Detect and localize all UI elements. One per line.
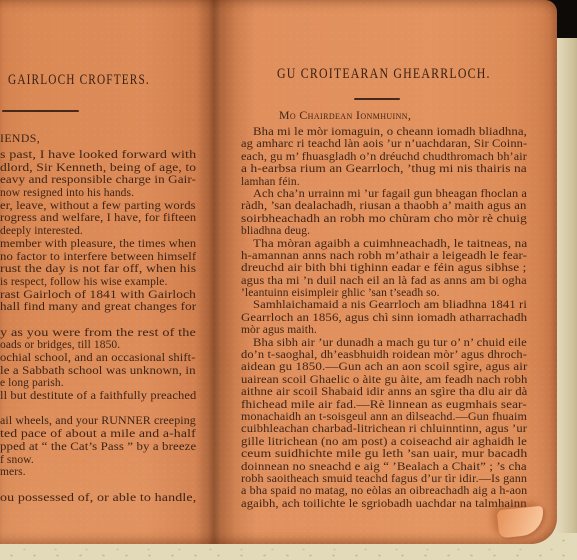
text-line: lamhan féin. — [241, 176, 527, 188]
text-line-content: ceum suidhichte mile gu leth ’san uair, … — [241, 448, 527, 460]
text-line-content: ochial school, and an occasional shift- — [0, 352, 196, 365]
text-line: doinnean no sneachd e aig “ ’Bealach a C… — [241, 461, 527, 473]
text-line-content: h-amannan anns nach robh m’athair a leig… — [241, 250, 527, 262]
text-line: Samhlaichamaid a nis Gearrloch am bliadh… — [241, 299, 527, 311]
text-line: member with pleasure, the times when — [0, 238, 196, 251]
right-heading-rule — [354, 98, 400, 100]
text-line-content: ted pace of about a mile and a-half — [0, 428, 196, 441]
text-line-content: uairean scoil Ghaelic o àite gu àite, am… — [241, 374, 527, 386]
text-line: ochial school, and an occasional shift- — [0, 352, 196, 365]
text-line-content: Ach cha’n urrainn mi ’ur fagail gun bhea… — [253, 188, 527, 200]
book-photo: GAIRLOCH CROFTERS. IENDS, s past, I have… — [0, 0, 577, 560]
text-line — [0, 403, 196, 416]
text-line-content: ’leantuinn eisimpleir ghlic ’san t’seadh… — [241, 287, 440, 299]
text-line-content: dreuchd air bith bhi tighinn eadar e féi… — [241, 262, 526, 274]
text-line-content: f snow. — [0, 454, 34, 467]
text-line-content: cuibhleachan charbad-litrichean ri chlui… — [241, 423, 527, 435]
text-line-content: each, gu m’ fhuasgladh o’n dréuchd chudt… — [241, 151, 527, 163]
text-line: bliadhna deug. — [241, 225, 527, 237]
right-page-heading-text: GU CROITEARAN GHEARRLOCH. — [277, 66, 491, 83]
text-line: ail wheels, and your RUNNER creeping — [0, 415, 196, 428]
text-line: Gearrloch an 1856, agus chì sinn iomadh … — [241, 312, 527, 324]
text-line-content: e long parish. — [0, 377, 64, 390]
text-line-content: Gearrloch an 1856, agus chì sinn iomadh … — [241, 312, 527, 324]
text-line: rust the day is not far off, when his — [0, 263, 196, 276]
text-line: ràdh, ’san dealachadh, riusan a thaobh a… — [241, 200, 527, 212]
text-line: no factor to interfere between himself — [0, 251, 196, 264]
text-line: gille litrichean (no am post) a coiseach… — [241, 436, 527, 448]
text-line-content: ll but destitute of a faithfully preache… — [0, 390, 196, 403]
text-line: rast Gairloch of 1841 with Gairloch — [0, 289, 196, 302]
text-line-content: a h-earbsa rium an Gearrloch, ’thug mi n… — [241, 163, 527, 175]
text-line: h-amannan anns nach robh m’athair a leig… — [241, 250, 527, 262]
text-line: each, gu m’ fhuasgladh o’n dréuchd chudt… — [241, 151, 527, 163]
text-line-content: le a Sabbath school was unknown, in — [0, 365, 196, 378]
text-line: ag amharc ri teachd làn aois ’ur n’uachd… — [241, 138, 527, 150]
text-line: Bha sibh air ’ur dunadh a mach gu tur o’… — [241, 337, 527, 349]
text-line-content: fhichead mile air fad.—Rè linnean as eug… — [241, 399, 527, 411]
text-line: eavy and responsible charge in Gair- — [0, 174, 196, 187]
left-page-heading-text: GAIRLOCH CROFTERS. — [8, 72, 150, 89]
text-line: ll but destitute of a faithfully preache… — [0, 390, 196, 403]
text-line: Bha mi le mòr iomaguin, o cheann iomadh … — [241, 126, 527, 138]
text-line: do’n t-saoghal, dh’easbhuidh roidean mòr… — [241, 349, 527, 361]
text-line: ou possessed of, or able to handle, — [0, 492, 196, 505]
text-line-content: Tha mòran agaibh a cuimhneachadh, le tai… — [253, 238, 527, 250]
text-line: hall find many and great changes for — [0, 301, 196, 314]
text-line: ceum suidhichte mile gu leth ’san uair, … — [241, 448, 527, 460]
text-line: pped at “ the Cat’s Pass ” by a breeze — [0, 441, 196, 454]
text-line: is respect, follow his wise example. — [0, 276, 196, 289]
left-text-column: s past, I have looked forward withdlord,… — [0, 149, 196, 504]
text-line: agus tha mi ’n duil nach eil an là fad a… — [241, 275, 527, 287]
text-line: cuibhleachan charbad-litrichean ri chlui… — [241, 423, 527, 435]
text-line-content: s past, I have looked forward with — [0, 149, 196, 162]
text-line: ted pace of about a mile and a-half — [0, 428, 196, 441]
text-line-content: ràdh, ’san dealachadh, riusan a thaobh a… — [241, 200, 526, 212]
text-line-content: deeply interested. — [0, 225, 83, 238]
text-line: ’leantuinn eisimpleir ghlic ’san t’seadh… — [241, 287, 527, 299]
text-line: monachaidh an t-soisgeul ann an dìlseach… — [241, 411, 527, 423]
text-line: dreuchd air bith bhi tighinn eadar e féi… — [241, 262, 527, 274]
text-line: robh saoitheach smuid teachd fagus d’ur … — [241, 473, 527, 485]
text-line-content: agus tha mi ’n duil nach eil an là fad a… — [241, 275, 527, 287]
text-line: oads or bridges, till 1850. — [0, 339, 196, 352]
text-line-content: ou possessed of, or able to handle, — [0, 492, 196, 505]
text-line: e long parish. — [0, 377, 196, 390]
gutter-shadow — [196, 0, 236, 544]
text-line-content: do’n t-saoghal, dh’easbhuidh roidean mòr… — [241, 349, 527, 361]
right-text-column: Bha mi le mòr iomaguin, o cheann iomadh … — [241, 126, 527, 510]
text-line-content: gille litrichean (no am post) a coiseach… — [241, 436, 527, 448]
text-line-content: dlord, Sir Kenneth, being of age, to — [0, 162, 196, 175]
text-line-content: aidean gu 1850.—Gun ach an aon scoil sgì… — [241, 361, 527, 373]
text-line-content: aithne air scoil Shabaid idir anns an sg… — [241, 386, 527, 398]
text-line-content: ail wheels, and your RUNNER creeping — [0, 415, 196, 428]
text-line: y as you were from the rest of the — [0, 327, 196, 340]
text-line-content: robh saoitheach smuid teachd fagus d’ur … — [241, 473, 527, 485]
book-spread: GAIRLOCH CROFTERS. IENDS, s past, I have… — [0, 0, 557, 544]
left-heading-rule — [2, 110, 79, 112]
text-line-content: rogress and welfare, I have, for fifteen — [0, 212, 196, 225]
page-curl — [497, 506, 546, 539]
text-line: le a Sabbath school was unknown, in — [0, 365, 196, 378]
text-line — [0, 314, 196, 327]
text-line-content: mòr agus maith. — [241, 324, 317, 336]
text-line-content: agaibh, ach toilichte le sgriobadh uachd… — [241, 498, 527, 510]
text-line: Ach cha’n urrainn mi ’ur fagail gun bhea… — [241, 188, 527, 200]
text-line-content: doinnean no sneachd e aig “ ’Bealach a C… — [241, 461, 527, 473]
text-line: s past, I have looked forward with — [0, 149, 196, 162]
text-line: mòr agus maith. — [241, 324, 527, 336]
text-line-content: Bha sibh air ’ur dunadh a mach gu tur o’… — [253, 337, 527, 349]
text-line-content: member with pleasure, the times when — [0, 238, 196, 251]
text-line: a bha spaid no matag, no eòlas an oibrea… — [241, 485, 527, 497]
text-line-content: bliadhna deug. — [241, 225, 310, 237]
text-line-content: no factor to interfere between himself — [0, 251, 196, 264]
text-line-content: monachaidh an t-soisgeul ann an dìlseach… — [241, 411, 527, 423]
text-line-content: er, leave, without a few parting words — [0, 200, 196, 213]
text-line-content: hall find many and great changes for — [0, 301, 196, 314]
text-line-content: eavy and responsible charge in Gair- — [0, 174, 196, 187]
text-line: a h-earbsa rium an Gearrloch, ’thug mi n… — [241, 163, 527, 175]
text-line: rogress and welfare, I have, for fifteen — [0, 212, 196, 225]
right-page-heading: GU CROITEARAN GHEARRLOCH. — [277, 66, 491, 83]
text-line: mers. — [0, 466, 196, 479]
text-line: dlord, Sir Kenneth, being of age, to — [0, 162, 196, 175]
text-line-content: Bha mi le mòr iomaguin, o cheann iomadh … — [253, 126, 527, 138]
text-line-content: rast Gairloch of 1841 with Gairloch — [0, 289, 196, 302]
text-line-content: now resigned into his hands. — [0, 187, 134, 200]
text-line-content: soirbheachadh an robh mo chùram cho mòr … — [241, 213, 527, 225]
text-line — [0, 479, 196, 492]
text-line: aithne air scoil Shabaid idir anns an sg… — [241, 386, 527, 398]
text-line-content: rust the day is not far off, when his — [0, 263, 196, 276]
text-line-content: y as you were from the rest of the — [0, 327, 196, 340]
text-line-content: lamhan féin. — [241, 176, 300, 188]
left-page-heading: GAIRLOCH CROFTERS. — [8, 72, 150, 89]
text-line: agaibh, ach toilichte le sgriobadh uachd… — [241, 498, 527, 510]
text-line-content: ag amharc ri teachd làn aois ’ur n’uachd… — [241, 138, 527, 150]
text-line: er, leave, without a few parting words — [0, 200, 196, 213]
text-line-content: oads or bridges, till 1850. — [0, 339, 120, 352]
text-line: soirbheachadh an robh mo chùram cho mòr … — [241, 213, 527, 225]
text-line-content: mers. — [0, 466, 26, 479]
text-line-content: pped at “ the Cat’s Pass ” by a breeze — [0, 441, 196, 454]
text-line-content: is respect, follow his wise example. — [0, 276, 167, 289]
text-line-content: a bha spaid no matag, no eòlas an oibrea… — [241, 485, 527, 497]
text-line: Tha mòran agaibh a cuimhneachadh, le tai… — [241, 238, 527, 250]
text-line: f snow. — [0, 454, 196, 467]
left-salutation: IENDS, — [0, 131, 40, 146]
text-line: now resigned into his hands. — [0, 187, 196, 200]
text-line: deeply interested. — [0, 225, 196, 238]
text-line: aidean gu 1850.—Gun ach an aon scoil sgì… — [241, 361, 527, 373]
text-line-content: Samhlaichamaid a nis Gearrloch am bliadh… — [253, 299, 527, 311]
text-line: fhichead mile air fad.—Rè linnean as eug… — [241, 399, 527, 411]
right-salutation: Mo Chairdean Ionmhuinn, — [279, 108, 411, 123]
text-line: uairean scoil Ghaelic o àite gu àite, am… — [241, 374, 527, 386]
